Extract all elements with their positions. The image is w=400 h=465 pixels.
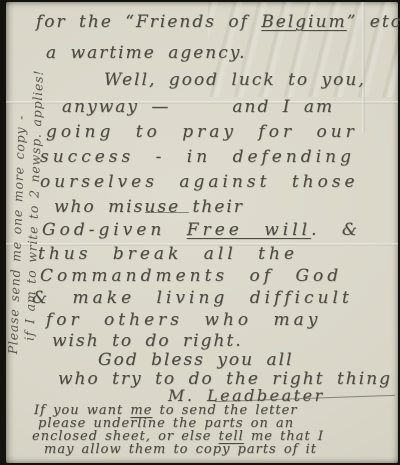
letter-line: a wartime agency. [46, 43, 247, 63]
emphasis-dash-mark [145, 212, 189, 213]
letter-line: & make living difficult [32, 288, 353, 308]
letter-line: anyway — and I am [62, 97, 334, 117]
line-text: for the “Friends of [36, 12, 261, 32]
letter-line: ourselves against those [40, 172, 359, 192]
letter-line: thus break all the [38, 244, 298, 264]
line-text: . & [311, 220, 361, 240]
line-text: God-given [42, 220, 187, 240]
underlined-word: Free will [187, 220, 311, 240]
letter-line: for the “Friends of Belgium” etc. [36, 12, 400, 32]
letter-line: wish to do right. [52, 331, 243, 351]
underlined-word: Belgium [261, 12, 346, 32]
letter-line: God-given Free will. & [42, 220, 361, 240]
letter-line: Well, good luck to you, [104, 70, 366, 90]
letter-line: going to pray for our [46, 122, 358, 142]
letter-line: success - in defending [40, 147, 355, 167]
letter-line: for others who may [46, 310, 321, 330]
letter-line: who misuse their [54, 197, 244, 217]
letter-line: Commandments of God [40, 266, 342, 286]
letter-line: God bless you all [98, 350, 294, 370]
scanned-letter: Please send me one more copy - if I am t… [0, 0, 400, 465]
line-text: ” etc. [347, 12, 400, 32]
letter-line: may allow them to copy parts of it [44, 442, 317, 457]
